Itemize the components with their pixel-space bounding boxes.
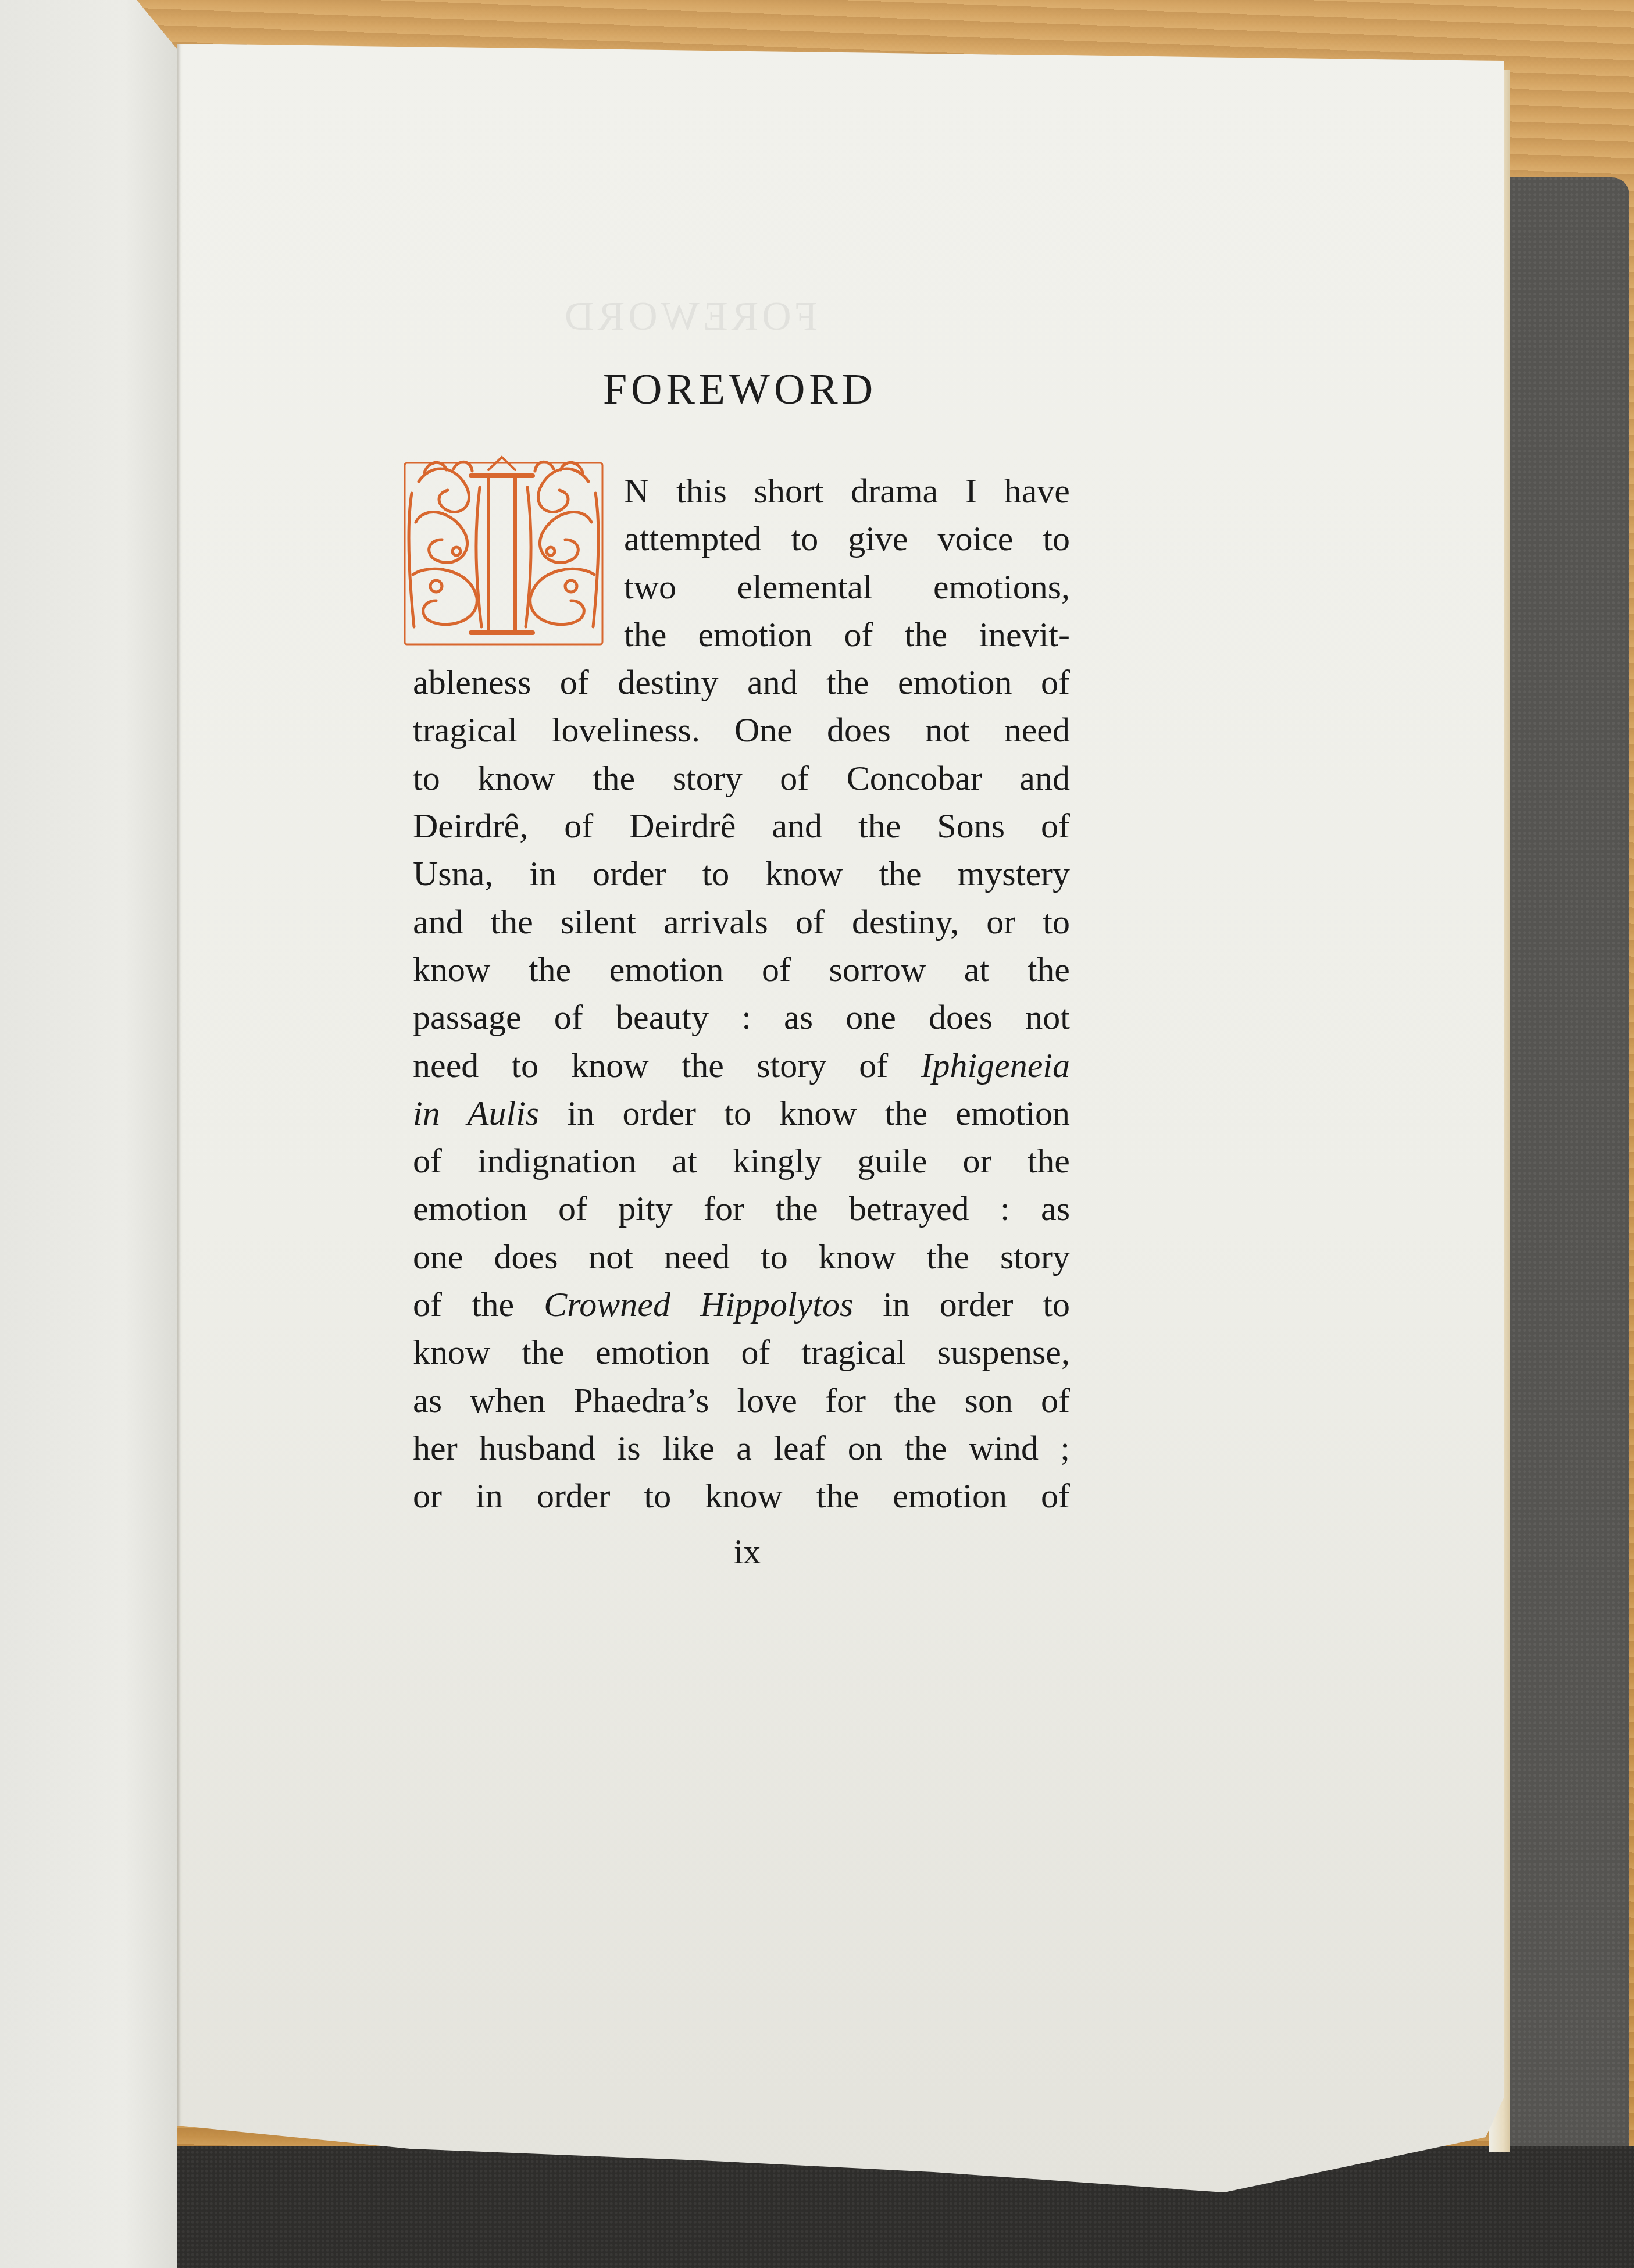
text-line: passage of beauty : as one does not (413, 993, 1070, 1041)
italic-title: Crowned Hippolytos (544, 1285, 853, 1324)
text-line: in Aulis in order to know the emotion (413, 1089, 1070, 1137)
text-line: Deirdrê, of Deirdrê and the Sons of (413, 802, 1070, 850)
bleed-through-text: FOREWORD (561, 294, 818, 340)
text-line: as when Phaedra’s love for the son of (413, 1377, 1070, 1424)
text-line: need to know the story of Iphigeneia (413, 1042, 1070, 1089)
page-number: ix (727, 1532, 768, 1572)
text-line: ableness of destiny and the emotion of (413, 658, 1070, 706)
italic-title: in Aulis (413, 1094, 539, 1132)
italic-title: Iphigeneia (921, 1046, 1070, 1085)
text-line: Usna, in order to know the mystery (413, 850, 1070, 897)
text-line: N this short drama I have (624, 467, 1070, 515)
text-line: to know the story of Concobar and (413, 754, 1070, 802)
text-line: one does not need to know the story (413, 1233, 1070, 1281)
text-line: of the Crowned Hippolytos in order to (413, 1281, 1070, 1328)
foam-book-support (1507, 177, 1629, 2268)
text-line: of indignation at kingly guile or the (413, 1137, 1070, 1185)
text-line: and the silent arrivals of destiny, or t… (413, 898, 1070, 946)
text-line: attempted to give voice to (624, 515, 1070, 562)
foreword-body-text: N this short drama I have attempted to g… (413, 467, 1070, 1520)
text-line: her husband is like a leaf on the wind ; (413, 1424, 1070, 1472)
text-line: tragical loveliness. One does not need (413, 706, 1070, 754)
page-title: FOREWORD (581, 365, 898, 415)
text-line: or in order to know the emotion of (413, 1472, 1070, 1520)
text-line: emotion of pity for the betrayed : as (413, 1185, 1070, 1232)
text-line: know the emotion of sorrow at the (413, 946, 1070, 993)
text-line: the emotion of the inevit- (624, 611, 1070, 658)
facing-blank-page (0, 0, 177, 2268)
text-line: two elemental emotions, (624, 563, 1070, 611)
text-line: know the emotion of tragical suspense, (413, 1328, 1070, 1376)
